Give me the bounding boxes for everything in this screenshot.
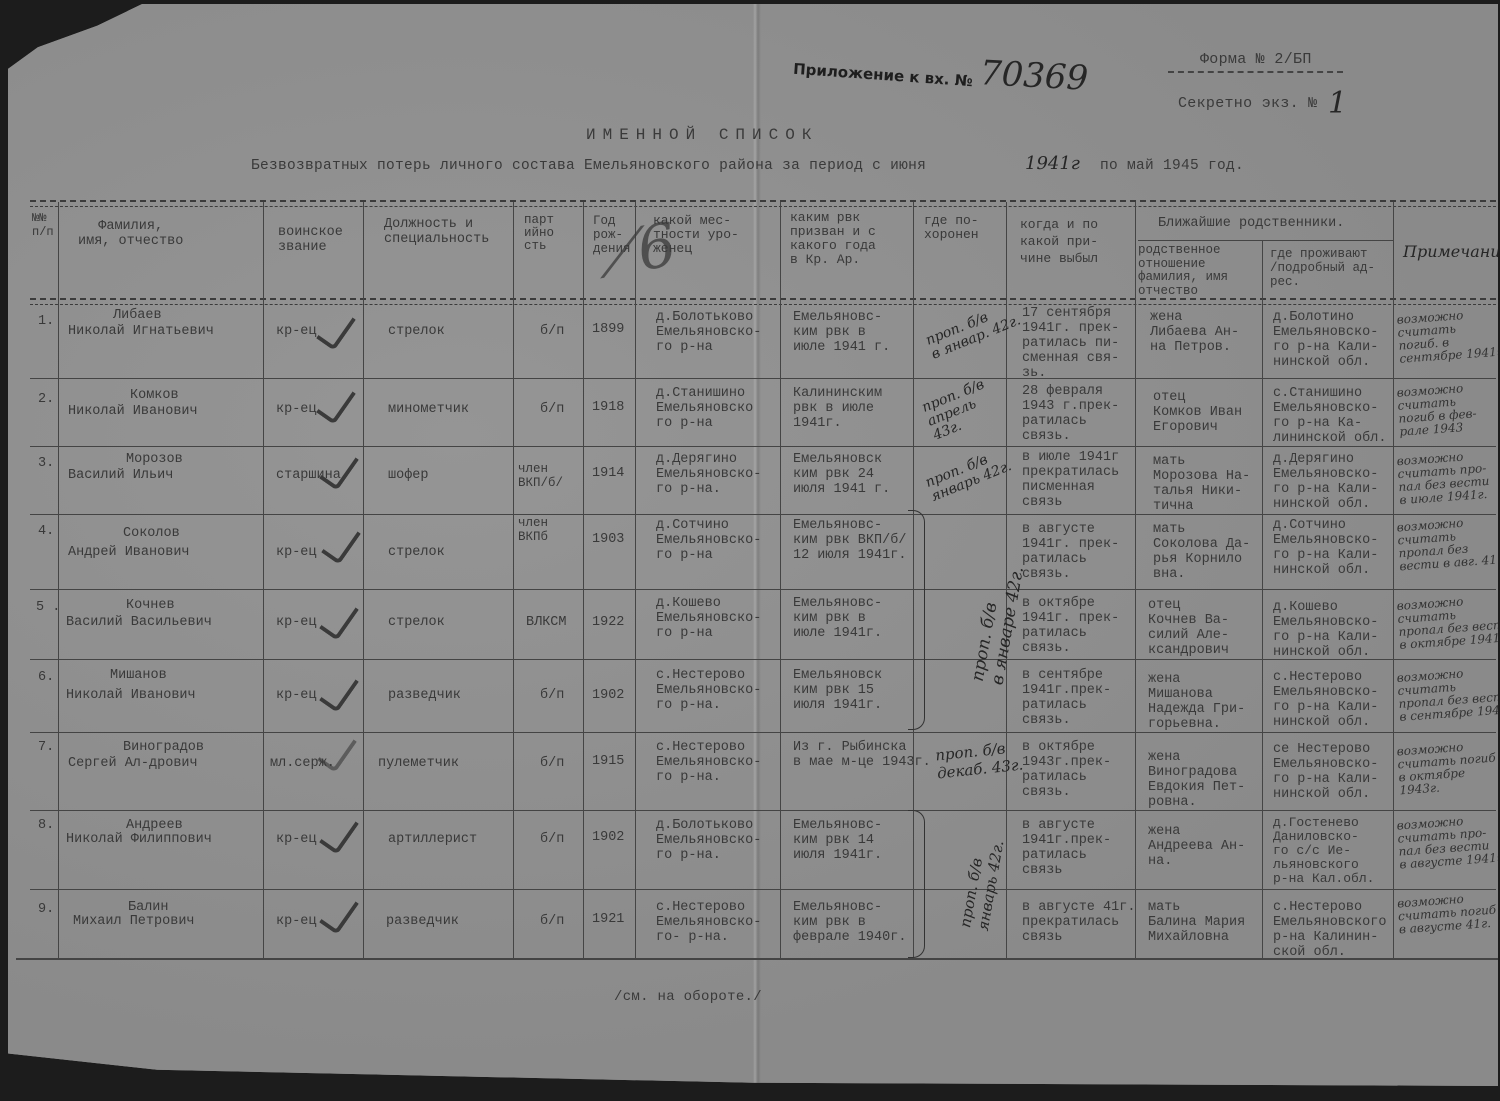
row-divider <box>30 732 1496 733</box>
row-num: 4. <box>38 524 54 539</box>
row-party: член ВКП/б/ <box>518 462 563 490</box>
row-origin: с.Нестерово Емельяновско- го р-на. <box>656 668 761 713</box>
row-address: д.Сотчино Емельяновско- го р-на Кали- ни… <box>1273 518 1378 578</box>
row-rank: кр-ец <box>276 914 317 929</box>
subtitle-prefix: Безвозвратных потерь личного состава Еме… <box>251 159 926 174</box>
secrecy-copy-number: 1 <box>1328 86 1347 121</box>
row-num: 3. <box>38 456 54 471</box>
row-num: 2. <box>38 392 54 407</box>
row-divider <box>30 589 1496 590</box>
row-surname: Кочнев <box>126 598 175 613</box>
row-party: б/п <box>540 402 564 417</box>
col-divider <box>363 202 364 958</box>
footer-see-reverse: /см. на обороте./ <box>614 990 762 1005</box>
row-party: б/п <box>540 914 564 929</box>
header-bottom-border <box>30 298 1496 300</box>
row-note: возможно считать пропал без вести в октя… <box>1396 592 1500 652</box>
row-given-names: Михаил Петрович <box>73 914 195 929</box>
row-note: возможно считать пропал без вести в авг.… <box>1396 515 1497 574</box>
row-given-names: Василий Васильевич <box>66 615 212 630</box>
row-surname: Комков <box>130 388 179 403</box>
row-num: 5 . <box>36 600 60 615</box>
row-birth-year: 1902 <box>592 830 624 845</box>
row-given-names: Николай Игнатьевич <box>68 324 214 339</box>
row-given-names: Андрей Иванович <box>68 545 190 560</box>
row-address: д.Дерягино Емельяновско- го р-на Кали- н… <box>1273 452 1378 512</box>
row-relation: жена Мишанова Надежда Гри- горьевна. <box>1148 672 1245 732</box>
header-relatives-group: Ближайшие родственники. <box>1158 216 1344 231</box>
row-origin: д.Болотьково Емельяновско- го р-на. <box>656 818 761 863</box>
row-birth-year: 1914 <box>592 466 624 481</box>
row-party: б/п <box>540 688 564 703</box>
row-position: пулеметчик <box>378 756 459 771</box>
row-position: стрелок <box>388 545 445 560</box>
header-notes: Примечание <box>1403 242 1500 261</box>
row-when-why: 28 февраля 1943 г.прек- ратилась связь. <box>1022 384 1119 444</box>
row-num: 1. <box>38 314 54 329</box>
header-bottom-border-2 <box>30 304 1496 305</box>
row-conscription: Емельяновс- ким рвк в июле 1941 г. <box>793 310 890 355</box>
row-burial-note: проп. б/в январь 42г. <box>923 445 1013 505</box>
verified-check-icon <box>319 669 359 713</box>
verified-check-icon <box>321 521 361 565</box>
row-given-names: Николай Филиппович <box>66 832 212 847</box>
row-party: член ВКПб <box>518 516 548 544</box>
col-divider <box>1135 202 1136 958</box>
verified-check-icon <box>316 307 356 351</box>
row-note: возможно считать пропал без вести в сент… <box>1396 664 1500 724</box>
row-burial-note: проп. б/в январь 42г. <box>956 836 1007 932</box>
burial-brace-rows-4-6 <box>908 510 925 730</box>
row-party: ВЛКСМ <box>526 615 567 630</box>
table-top-border <box>30 200 1496 202</box>
row-relation: жена Либаева Ан- на Петров. <box>1150 310 1239 355</box>
row-divider <box>30 810 1496 811</box>
row-birth-year: 1918 <box>592 400 624 415</box>
row-birth-year: 1922 <box>592 615 624 630</box>
row-address: се Нестерово Емельяновско- го р-на Кали-… <box>1273 742 1378 802</box>
row-when-why: в августе 41г. прекратилась связь <box>1022 900 1135 945</box>
col-divider <box>513 202 514 958</box>
col-divider <box>263 202 264 958</box>
row-rank: кр-ец <box>276 545 317 560</box>
header-rank: воинское звание <box>278 225 343 255</box>
row-given-names: Николай Иванович <box>66 688 196 703</box>
col-divider <box>1262 240 1263 958</box>
header-conscription: каким рвк призван и с какого года в Кр. … <box>790 211 876 267</box>
row-note: возможно считать погиб. в сентябре 1941г… <box>1396 306 1500 365</box>
row-burial-note: проп. б/в в январе 42г. <box>968 562 1028 687</box>
row-conscription: Емельяновс- ким рвк в июле 1941г. <box>793 596 882 641</box>
row-surname: Андреев <box>126 818 183 833</box>
row-surname: Балин <box>128 900 169 915</box>
col-divider <box>583 202 584 958</box>
header-position: Должность и специальность <box>384 217 489 247</box>
row-conscription: Из г. Рыбинска в мае м-це 1943г. <box>793 740 931 770</box>
row-surname: Либаев <box>113 308 162 323</box>
row-party: б/п <box>540 756 564 771</box>
row-origin: д.Станишино Емельяновско го р-на <box>656 386 753 431</box>
row-origin: д.Болотьково Емельяновско- го р-на <box>656 310 761 355</box>
row-divider <box>30 378 1496 379</box>
row-origin: д.Кошево Емельяновско- го р-на <box>656 596 761 641</box>
row-rank: кр-ец <box>276 615 317 630</box>
row-birth-year: 1902 <box>592 688 624 703</box>
row-position: стрелок <box>388 324 445 339</box>
row-position: разведчик <box>388 688 461 703</box>
row-address: с.Станишино Емельяновско- го р-на Ка- ли… <box>1273 386 1386 446</box>
row-given-names: Василий Ильич <box>68 468 173 483</box>
row-note: возможно считать погиб в октябре 1943г. <box>1396 739 1498 798</box>
burial-brace-rows-8-9 <box>908 810 925 958</box>
row-origin: с.Нестерово Емельяновско- го- р-на. <box>656 900 761 945</box>
row-relation: мать Балина Мария Михайловна <box>1148 900 1245 945</box>
row-given-names: Николай Иванович <box>68 404 198 419</box>
incoming-stamp: Приложение к вх. № <box>793 60 974 91</box>
row-when-why: в октябре 1941г. прек- ратилась связь. <box>1022 596 1119 656</box>
row-address: д.Гостенево Даниловско- го с/с Ие- льяно… <box>1273 816 1374 886</box>
row-when-why: в сентябре 1941г.прек- ратилась связь. <box>1022 668 1111 728</box>
stamp-label: Приложение к вх. № <box>793 60 974 91</box>
row-relation: жена Андреева Ан- на. <box>1148 824 1245 869</box>
row-birth-year: 1903 <box>592 532 624 547</box>
row-surname: Мишанов <box>110 668 167 683</box>
subtitle-year: 1941г <box>1025 153 1080 174</box>
verified-check-icon <box>319 891 359 935</box>
verified-check-icon <box>319 811 359 855</box>
row-rank: кр-ец <box>276 324 317 339</box>
row-note: возможно считать про- пал без вести в ав… <box>1396 812 1500 871</box>
row-conscription: Емельяновс- ким рвк в феврале 1940г. <box>793 900 906 945</box>
header-when-why: когда и по какой при- чине выбыл <box>1020 216 1098 267</box>
row-when-why: в октябре 1943г.прек- ратилась связь. <box>1022 740 1111 800</box>
row-rank: кр-ец <box>276 402 317 417</box>
header-party: парт ийно сть <box>524 214 554 253</box>
col-divider <box>780 202 781 958</box>
row-conscription: Емельяновск ким рвк 15 июля 1941г. <box>793 668 882 713</box>
row-surname: Морозов <box>126 452 183 467</box>
subtitle-suffix: по май 1945 год. <box>1100 159 1244 174</box>
row-surname: Соколов <box>123 526 180 541</box>
row-position: стрелок <box>388 615 445 630</box>
row-conscription: Емельяновс- ким рвк ВКП/б/ 12 июля 1941г… <box>793 518 906 563</box>
row-burial-note: проп. б/в декаб. 43г. <box>934 738 1024 783</box>
page-title: ИМЕННОЙ СПИСОК <box>586 128 818 143</box>
row-address: с.Нестерово Емельяновского р-на Калинин-… <box>1273 900 1386 960</box>
col-divider <box>1393 202 1394 958</box>
handwritten-checkmark-header: ⟋6 <box>591 210 682 293</box>
header-num: №№ п/п <box>32 211 54 239</box>
row-num: 8. <box>38 818 54 833</box>
row-relation: мать Соколова Да- рья Корнило вна. <box>1153 522 1250 582</box>
row-num: 6. <box>38 670 54 685</box>
col-divider <box>635 202 636 958</box>
row-divider <box>30 514 1496 515</box>
row-origin: д.Дерягино Емельяновско- го р-на. <box>656 452 761 497</box>
verified-check-icon <box>319 447 359 491</box>
row-position: минометчик <box>388 402 469 417</box>
col-divider <box>58 202 59 958</box>
row-burial-note: проп. б/в в январ. 42г. <box>924 299 1023 362</box>
header-name: Фамилия, имя, отчество <box>78 219 183 249</box>
table-top-border-2 <box>30 206 1496 207</box>
row-birth-year: 1915 <box>592 754 624 769</box>
secrecy-label: Секретно экз. № <box>1178 96 1318 111</box>
row-origin: с.Нестерово Емельяновско- го р-на. <box>656 740 761 785</box>
row-birth-year: 1899 <box>592 322 624 337</box>
row-note: возможно считать погиб в августе 41г. <box>1397 891 1498 937</box>
row-party: б/п <box>540 324 564 339</box>
row-position: артиллерист <box>388 832 477 847</box>
row-position: шофер <box>388 468 429 483</box>
row-conscription: Калининским рвк в июле 1941г. <box>793 386 882 431</box>
row-conscription: Емельяновск ким рвк 24 июля 1941 г. <box>793 452 890 497</box>
row-relation: отец Кочнев Ва- силий Але- ксандрович <box>1148 598 1229 658</box>
header-relation: родственное отношение фамилия, имя отчес… <box>1138 244 1228 298</box>
row-rank: кр-ец <box>276 688 317 703</box>
row-given-names: Сергей Ал-дрович <box>68 756 198 771</box>
row-when-why: в августе 1941г. прек- ратилась связь. <box>1022 522 1119 582</box>
row-burial-note: проп. б/в апрель 43г. <box>920 377 998 443</box>
row-when-why: в августе 1941г.прек- ратилась связь <box>1022 818 1111 878</box>
form-label: Форма № 2/БП <box>1200 52 1312 67</box>
archival-document-page: Приложение к вх. № 70369 Форма № 2/БП Се… <box>8 4 1498 1086</box>
row-num: 7. <box>38 740 54 755</box>
row-note: возможно считать про- пал без вести в ию… <box>1396 449 1490 507</box>
row-relation: мать Морозова На- талья Ники- тична <box>1153 454 1250 514</box>
row-when-why: в июле 1941г прекратилась писменная связ… <box>1022 450 1119 510</box>
row-address: д.Кошево Емельяновско- го р-на Кали- нин… <box>1273 600 1378 660</box>
row-position: разведчик <box>386 914 459 929</box>
row-divider <box>30 889 1496 890</box>
row-relation: жена Виноградова Евдокия Пет- ровна. <box>1148 750 1245 810</box>
row-conscription: Емельяновс- ким рвк 14 июля 1941г. <box>793 818 882 863</box>
row-when-why: 17 сентября 1941г. прек- ратилась пи- см… <box>1022 306 1119 381</box>
verified-check-icon <box>316 381 356 425</box>
row-relation: отец Комков Иван Егорович <box>1153 390 1242 435</box>
row-divider <box>30 446 1496 447</box>
row-birth-year: 1921 <box>592 912 624 927</box>
row-note: возможно считать погиб в фев- рале 1943 <box>1396 381 1478 438</box>
row-origin: д.Сотчино Емельяновско- го р-на <box>656 518 761 563</box>
row-address: с.Нестерово Емельяновско- го р-на Кали- … <box>1273 670 1378 730</box>
form-label-underline <box>1168 71 1343 73</box>
verified-check-icon <box>319 597 359 641</box>
row-rank: кр-ец <box>276 832 317 847</box>
stamp-number: 70369 <box>979 53 1089 99</box>
row-address: д.Болотино Емельяновско- го р-на Кали- н… <box>1273 310 1378 370</box>
row-num: 9. <box>38 902 54 917</box>
header-burial: где по- хоронен <box>924 214 979 242</box>
row-party: б/п <box>540 832 564 847</box>
header-address: где проживают /подробный ад- рес. <box>1270 247 1375 289</box>
row-surname: Виноградов <box>123 740 204 755</box>
relatives-group-divider <box>1138 240 1393 241</box>
